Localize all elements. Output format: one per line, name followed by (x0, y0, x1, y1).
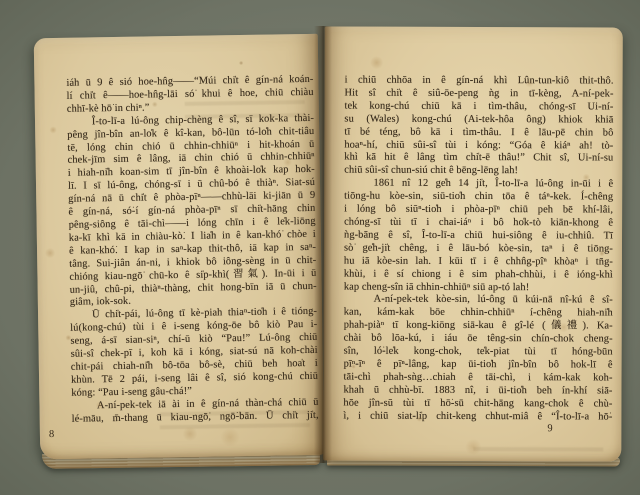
text-line: tāi-chì phah-sǹg…chiah ê tāi-chì, i kám-… (344, 371, 613, 385)
text-line: khah ū chhù-bī. 1883 nî, i ūi-tio̍h beh … (343, 384, 612, 398)
page-number-right: 9 (547, 423, 552, 434)
text-line: i lóng bô siūⁿ-tio̍h i phòa-pīⁿ chiū peh… (344, 204, 613, 218)
text-line: chiū sûi-sî chun-siú chit ê bēng-lēng la… (344, 165, 613, 179)
text-line: hu iā kòe-sin lah. I kūi tī i ê chhn̂g-p… (344, 255, 613, 269)
text-line: sîn, ló͘-le̍k kong-chok, te̍k-piat tùi t… (344, 346, 613, 360)
right-page: i chiū chhōa in ê gín-ná khì Lûn-tun-kiô… (323, 26, 623, 461)
text-line: kan, kám-kak bōe chhin-chhiūⁿ í-chêng hi… (344, 307, 613, 321)
page-number-left: 8 (49, 429, 54, 440)
right-page-text: i chiū chhōa in ê gín-ná khì Lûn-tun-kiô… (343, 75, 613, 424)
text-line: chóng-sī tùi tī i chai-iáⁿ i bô ho̍k-tò … (344, 217, 613, 231)
text-line: tek kong-chú chiū kā i tìm-thâu, chóng-s… (344, 100, 613, 114)
text-line: phah-piàⁿ tī kong-kiōng siā-kau ê gî-lé … (344, 320, 613, 334)
text-line: sò͘ ge̍h-ji̍t chêng, i ê lāu-bó kòe-sin,… (344, 242, 613, 256)
left-page: iáh ū 9 ê sió hoe-hn̂g——“Múi chi̍t ê gín… (34, 34, 325, 459)
text-line: hōe jîn-sū tùi tī hō͘-sū chit-hāng kang-… (343, 397, 612, 411)
text-line: tiōng-hu kòe-sin, siū-tio̍h chin tōa ê t… (344, 191, 613, 205)
text-line: i chiū chhōa in ê gín-ná khì Lûn-tun-kiô… (345, 75, 614, 89)
text-line: su (Wales) kong-chú (Ai-tek-hôa ông) khi… (344, 113, 613, 127)
text-line: ì, i chiū siat-li̍p chit-keng chhut-miâ … (343, 410, 612, 424)
text-line: khùi, i ê sí chiong i ê sim phah-chhùi, … (344, 268, 613, 282)
text-line: kap cheng-sîn iā chhin-chhiūⁿ siū ap-tó … (344, 281, 613, 295)
open-book-photo: iáh ū 9 ê sió hoe-hn̂g——“Múi chi̍t ê gín… (0, 0, 640, 495)
text-line: 1861 nî 12 ge̍h 14 ji̍t, Î-to-lī-a lú-ôn… (344, 178, 613, 192)
show-through-texture (473, 447, 603, 460)
text-line: tī bé téng, bô kā i tìm-thâu. I ê lāu-pē… (344, 126, 613, 140)
left-page-text: iáh ū 9 ê sió hoe-hn̂g——“Múi chi̍t ê gín… (66, 74, 318, 426)
text-line: ǹg-bāng ê sî, Î-to-lī-a chiū hui-siông ê… (344, 229, 613, 243)
text-line: chài bô lōa-kú, i iáu ōe têng-sin chín-c… (344, 333, 613, 347)
text-line: pīⁿ-īⁿ ê pīⁿ-lâng, kap ūi-tio̍h jîn-bîn … (344, 358, 613, 372)
text-line: Hit sî chi̍t ê siû-ōe-peng ǹg in tī-kèng… (345, 87, 614, 101)
text-line: khì kā hit ê lâng tìm chi̍t-ē thâu!” Chi… (344, 152, 613, 166)
